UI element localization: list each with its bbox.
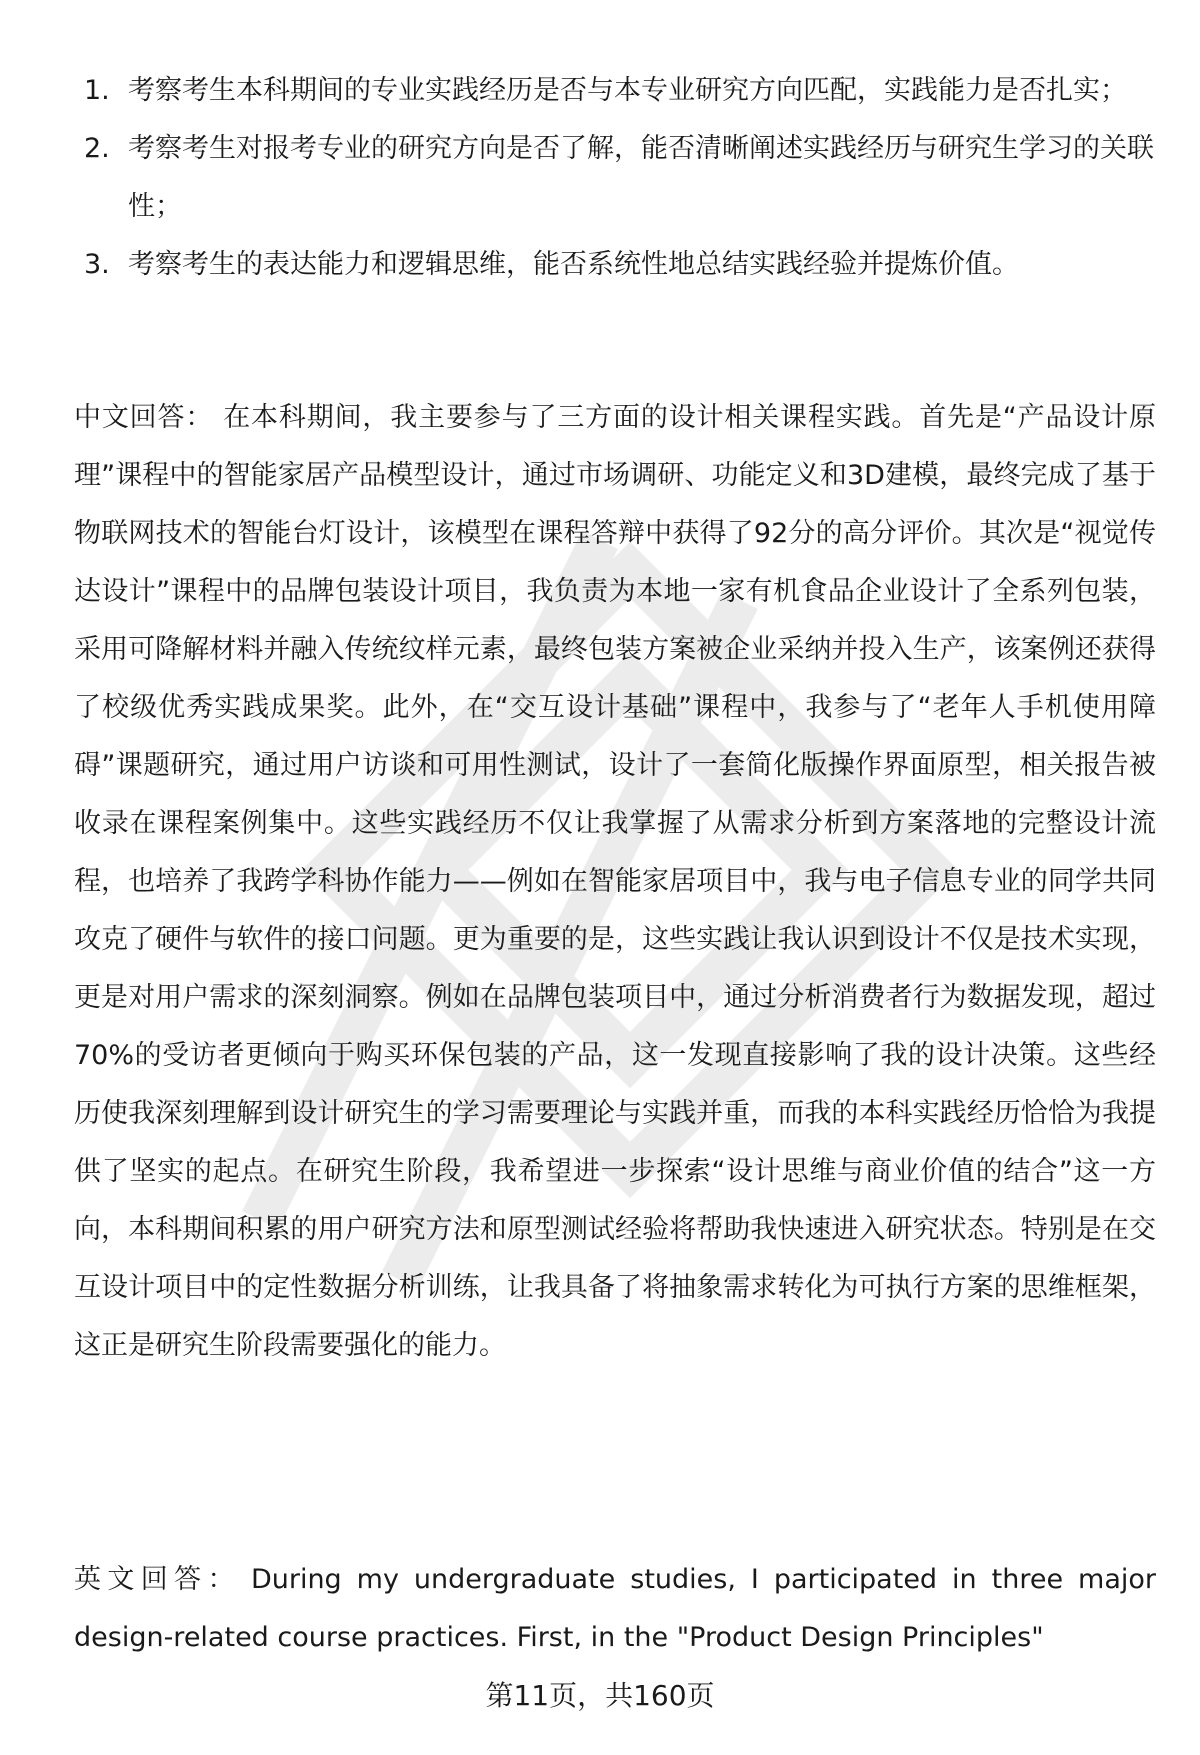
criteria-number: 3. — [84, 236, 110, 294]
criteria-item: 3. 考察考生的表达能力和逻辑思维，能否系统性地总结实践经验并提炼价值。 — [78, 236, 1158, 294]
english-answer-paragraph: 英文回答：During my undergraduate studies, I … — [74, 1551, 1156, 1667]
criteria-text: 考察考生本科期间的专业实践经历是否与本专业研究方向匹配，实践能力是否扎实； — [128, 75, 1127, 106]
evaluation-criteria-list: 1. 考察考生本科期间的专业实践经历是否与本专业研究方向匹配，实践能力是否扎实；… — [78, 62, 1158, 294]
english-answer-label: 英文回答： — [74, 1564, 241, 1595]
document-page: 1. 考察考生本科期间的专业实践经历是否与本专业研究方向匹配，实践能力是否扎实；… — [0, 0, 1200, 1755]
chinese-answer-paragraph: 中文回答：在本科期间，我主要参与了三方面的设计相关课程实践。首先是“产品设计原理… — [74, 389, 1156, 1375]
page-indicator: 第11页，共160页 — [0, 1676, 1200, 1716]
criteria-text: 考察考生对报考专业的研究方向是否了解，能否清晰阐述实践经历与研究生学习的关联性； — [128, 133, 1154, 222]
criteria-item: 2. 考察考生对报考专业的研究方向是否了解，能否清晰阐述实践经历与研究生学习的关… — [78, 120, 1158, 236]
criteria-text: 考察考生的表达能力和逻辑思维，能否系统性地总结实践经验并提炼价值。 — [128, 249, 1019, 280]
chinese-answer-label: 中文回答： — [74, 402, 213, 433]
chinese-answer-text: 在本科期间，我主要参与了三方面的设计相关课程实践。首先是“产品设计原理”课程中的… — [74, 402, 1156, 1361]
criteria-item: 1. 考察考生本科期间的专业实践经历是否与本专业研究方向匹配，实践能力是否扎实； — [78, 62, 1158, 120]
criteria-number: 2. — [84, 120, 110, 178]
criteria-number: 1. — [84, 62, 110, 120]
